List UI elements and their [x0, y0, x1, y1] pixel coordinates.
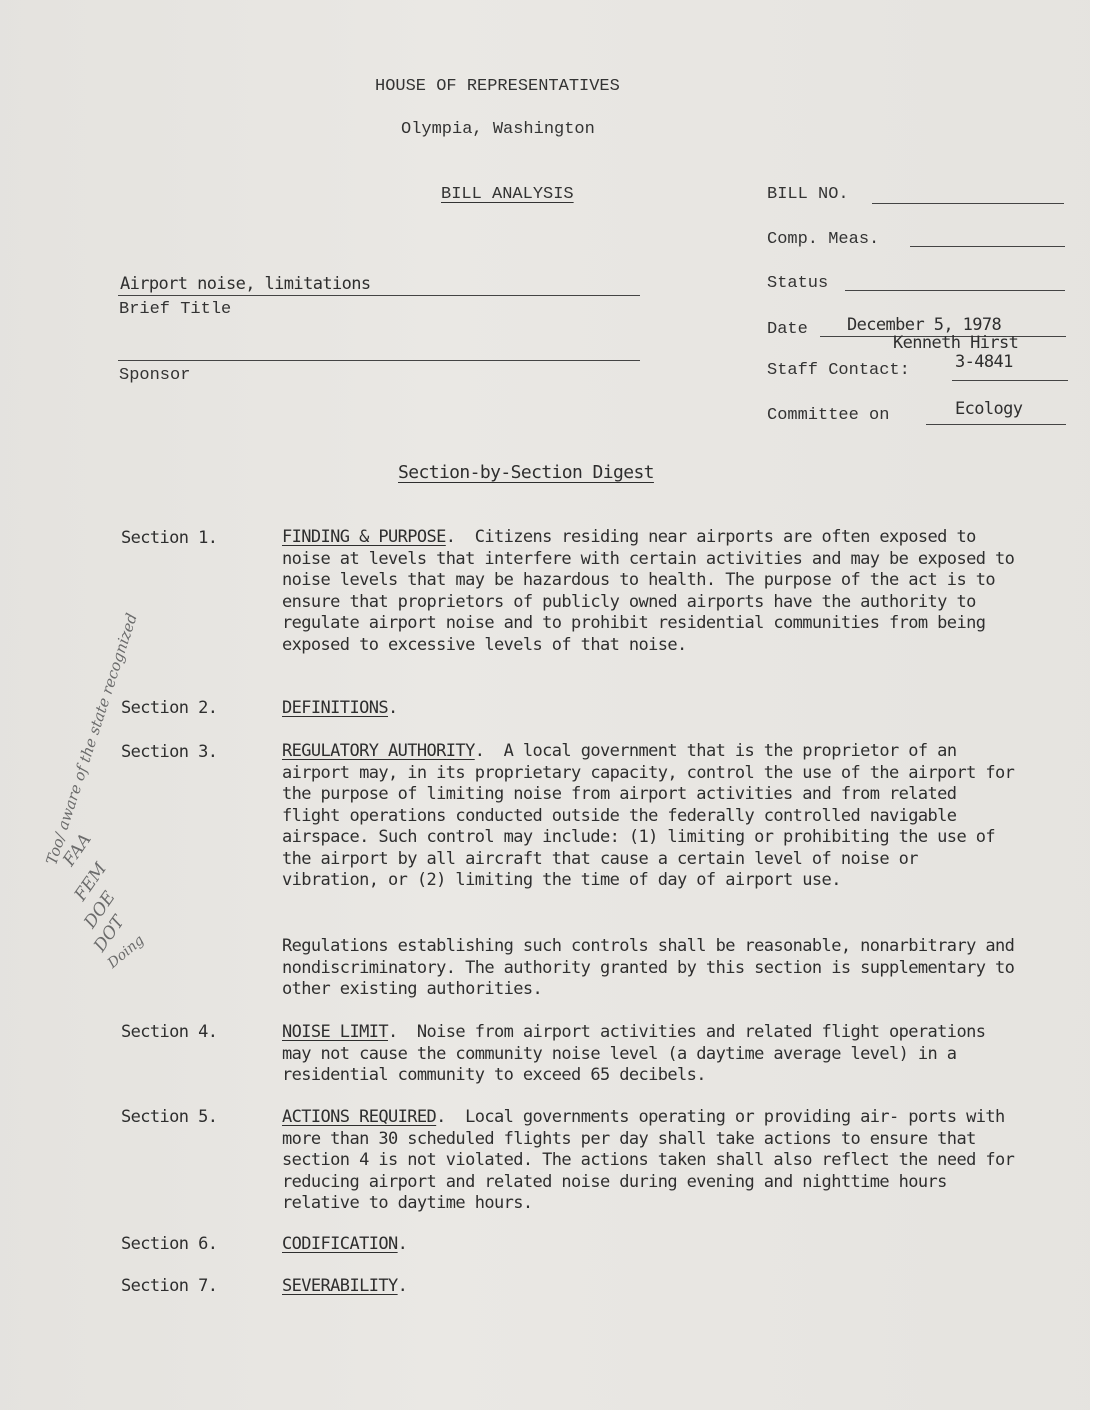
- section-3-continuation: Regulations establishing such controls s…: [282, 936, 1022, 1001]
- section-2-heading: DEFINITIONS: [282, 698, 388, 718]
- section-6-body: CODIFICATION.: [282, 1234, 1022, 1256]
- section-4-body: NOISE LIMIT. Noise from airport activiti…: [282, 1022, 1022, 1087]
- chamber-title: HOUSE OF REPRESENTATIVES: [375, 77, 620, 96]
- bill-no-label: BILL NO.: [767, 185, 849, 204]
- section-1-body: FINDING & PURPOSE. Citizens residing nea…: [282, 527, 1022, 656]
- status-line: [845, 290, 1065, 291]
- staff-contact-line: [952, 380, 1068, 381]
- document-page: HOUSE OF REPRESENTATIVES Olympia, Washin…: [0, 0, 1090, 1410]
- section-2-label: Section 2.: [121, 698, 217, 718]
- section-7-heading: SEVERABILITY: [282, 1276, 398, 1296]
- date-value: December 5, 1978: [847, 315, 1001, 335]
- location: Olympia, Washington: [401, 120, 595, 139]
- section-2-body: DEFINITIONS.: [282, 698, 1022, 720]
- section-1-heading: FINDING & PURPOSE: [282, 527, 446, 547]
- staff-contact-name: Kenneth Hirst: [893, 333, 1018, 353]
- date-label: Date: [767, 320, 808, 339]
- status-label: Status: [767, 274, 828, 293]
- section-4-text: Noise from airport activities and relate…: [282, 1022, 985, 1085]
- committee-line: [926, 424, 1066, 425]
- sponsor-label: Sponsor: [119, 366, 190, 385]
- section-3-body: REGULATORY AUTHORITY. A local government…: [282, 741, 1022, 892]
- committee-value: Ecology: [955, 399, 1022, 419]
- section-6-label: Section 6.: [121, 1234, 217, 1254]
- sponsor-line: [118, 360, 640, 361]
- section-3-heading: REGULATORY AUTHORITY: [282, 741, 475, 761]
- comp-meas-line: [910, 246, 1065, 247]
- section-3-label: Section 3.: [121, 742, 217, 762]
- document-type: BILL ANALYSIS: [441, 185, 574, 204]
- comp-meas-label: Comp. Meas.: [767, 230, 879, 249]
- brief-title-label: Brief Title: [119, 300, 231, 319]
- brief-title-line: [118, 295, 640, 296]
- section-7-label: Section 7.: [121, 1276, 217, 1296]
- section-7-body: SEVERABILITY.: [282, 1276, 1022, 1298]
- staff-contact-label: Staff Contact:: [767, 361, 910, 380]
- section-6-heading: CODIFICATION: [282, 1234, 398, 1254]
- digest-title: Section-by-Section Digest: [398, 462, 654, 483]
- brief-title-value: Airport noise, limitations: [120, 274, 371, 294]
- section-1-label: Section 1.: [121, 528, 217, 548]
- section-3-text: A local government that is the proprieto…: [282, 741, 1014, 890]
- staff-contact-phone: 3-4841: [955, 352, 1013, 372]
- section-5-body: ACTIONS REQUIRED. Local governments oper…: [282, 1107, 1017, 1215]
- section-4-label: Section 4.: [121, 1022, 217, 1042]
- section-5-label: Section 5.: [121, 1107, 217, 1127]
- handwritten-note-main: Too/ aware of the state recognized: [42, 611, 140, 867]
- bill-no-line: [872, 203, 1064, 204]
- committee-label: Committee on: [767, 406, 889, 425]
- section-5-heading: ACTIONS REQUIRED: [282, 1107, 436, 1127]
- section-4-heading: NOISE LIMIT: [282, 1022, 388, 1042]
